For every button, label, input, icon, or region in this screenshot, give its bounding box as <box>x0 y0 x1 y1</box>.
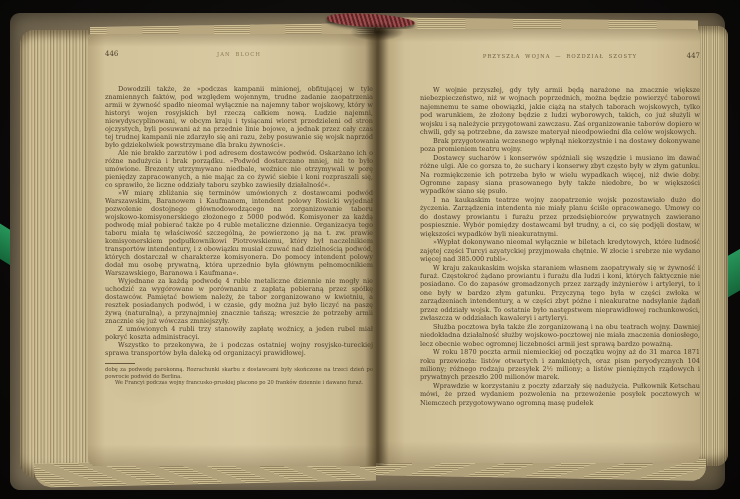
right-page-header: PRZYSZŁA WOJNA — ROZDZIAŁ SZÓSTY 447 <box>420 52 700 61</box>
paragraph: Z umówionych 4 rubli trzy stanowiły zapł… <box>105 325 373 341</box>
right-page-content: PRZYSZŁA WOJNA — ROZDZIAŁ SZÓSTY 447 W w… <box>420 52 700 407</box>
footnote-line: We Francyi podczas wojny francusko-prusk… <box>105 380 373 387</box>
paragraph: »Wypłat dokonywano nieomal wyłącznie w b… <box>420 238 700 263</box>
left-running-header: JAN BLOCH <box>149 52 329 58</box>
left-page-number: 446 <box>105 50 149 58</box>
paragraph: Dostawcy sucharów i konserwów spóźniali … <box>420 154 700 196</box>
page-edges-left <box>20 30 94 478</box>
left-page-text: Dowodzili także, że »podczas kampanii mi… <box>105 85 373 357</box>
right-page-text: W wojnie przyszłej, gdy tyły armii będą … <box>420 86 700 407</box>
right-page-number: 447 <box>656 52 700 60</box>
photo-background: 446 JAN BLOCH Dowodzili także, że »podcz… <box>0 0 740 499</box>
open-book: 446 JAN BLOCH Dowodzili także, że »podcz… <box>0 0 740 499</box>
right-running-header: PRZYSZŁA WOJNA — ROZDZIAŁ SZÓSTY <box>464 54 656 60</box>
paragraph: Wyjednane za każdą podwodę 4 ruble metal… <box>105 277 373 325</box>
footnote-line: dobę za podwodę parokonną. Rozrachunki s… <box>105 367 373 380</box>
paragraph: Brak przygotowania wczesnego wpłynął nie… <box>420 137 700 154</box>
left-page-content: 446 JAN BLOCH Dowodzili także, że »podcz… <box>105 50 373 387</box>
paragraph: I na kaukaskim teatrze wojny zaopatrzeni… <box>420 196 700 238</box>
paragraph: W kraju zakaukaskim wojska staraniem wła… <box>420 264 700 323</box>
paragraph: W roku 1870 poczta armii niemieckiej od … <box>420 348 700 382</box>
paragraph: W wojnie przyszłej, gdy tyły armii będą … <box>420 86 700 137</box>
paragraph: Dowodzili także, że »podczas kampanii mi… <box>105 85 373 149</box>
paragraph: »W miarę zbliżania się terminów umówiony… <box>105 189 373 277</box>
left-page-header: 446 JAN BLOCH <box>105 50 373 59</box>
paragraph: Wszystko to przekonywa, że i podczas ost… <box>105 341 373 357</box>
paragraph: Wprawdzie w korzystaniu z poczty zdarzał… <box>420 382 700 407</box>
paragraph: Służba pocztowa była także źle zorganizo… <box>420 323 700 348</box>
left-page-footnote: dobę za podwodę parokonną. Rozrachunki s… <box>105 367 373 387</box>
paragraph: Ale nie brakło zarzutów i pod adresem do… <box>105 149 373 189</box>
footnote-divider <box>105 363 135 364</box>
